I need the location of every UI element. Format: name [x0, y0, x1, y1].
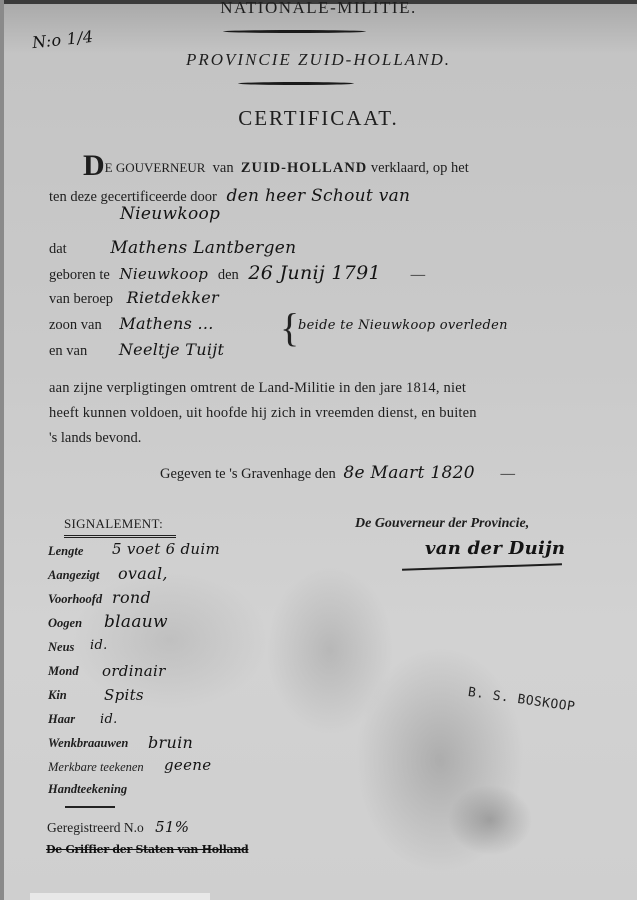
signalement-rule [64, 535, 176, 538]
sig-label-haar: Haar [48, 712, 75, 727]
sig-label-mond: Mond [48, 664, 79, 679]
boskoop-stamp: B. S. BOSKOOP [467, 685, 576, 715]
paragraph-line-2: heeft kunnen voldoen, uit hoofde hij zic… [49, 405, 477, 422]
certificate-title: CERTIFICAAT. [0, 106, 637, 131]
sig-label-aangezigt: Aangezigt [48, 568, 99, 583]
sig-value-oogen: blaauw [104, 612, 168, 632]
scan-left-edge [0, 0, 4, 900]
paragraph-line-3: 's lands bevond. [49, 430, 141, 447]
sig-value-voorhoofd: rond [112, 588, 151, 607]
signalement-heading: SIGNALEMENT: [64, 516, 163, 532]
field-father: zoon van Mathens ... [49, 314, 214, 334]
intro-line-2: ten deze gecertificeerde door den heer S… [49, 186, 410, 206]
sig-value-mond: ordinair [102, 662, 166, 680]
registration-rule [65, 806, 115, 808]
governor-title: De Gouverneur der Provincie, [355, 516, 529, 532]
handwritten-place: Nieuwkoop [120, 204, 220, 224]
signature-underline [402, 563, 562, 571]
governor-signature: van der Duijn [425, 538, 565, 559]
sig-label-neus: Neus [48, 640, 74, 655]
sig-label-wenkbraauwen: Wenkbraauwen [48, 736, 128, 751]
reference-mark: N:o 1/4 [31, 27, 94, 52]
sig-label-voorhoofd: Voorhoofd [48, 592, 102, 607]
sig-value-haar: id. [100, 712, 118, 727]
header-rule-1 [223, 30, 366, 33]
handwritten-issuer: den heer Schout van [226, 186, 410, 206]
field-birth: geboren te Nieuwkoop den 26 Junij 1791 — [49, 262, 425, 284]
sig-value-wenkbraauwen: bruin [148, 733, 193, 752]
brace: { [280, 308, 299, 348]
certificate-page: N:o 1/4 NATIONALE-MILITIE. PROVINCIE ZUI… [0, 0, 637, 900]
sig-label-oogen: Oogen [48, 616, 82, 631]
field-mother: en van Neeltje Tuijt [49, 340, 224, 360]
sig-value-neus: id. [90, 638, 108, 653]
header-nationale-militie: NATIONALE-MILITIE. [0, 0, 637, 18]
drop-cap: D [83, 149, 105, 182]
registration-line: Geregistreerd N.o 51% [47, 818, 189, 836]
header-province: PROVINCIE ZUID-HOLLAND. [0, 50, 637, 70]
parents-note: beide te Nieuwkoop overleden [298, 318, 508, 333]
given-line: Gegeven te 's Gravenhage den 8e Maart 18… [160, 463, 515, 483]
sig-value-kin: Spits [104, 686, 144, 704]
sig-label-handteekening: Handteekening [48, 782, 127, 797]
handwritten-date: 8e Maart 1820 [343, 463, 474, 483]
sig-value-lengte: 5 voet 6 duim [112, 540, 220, 558]
sig-label-lengte: Lengte [48, 544, 83, 559]
sig-label-kin: Kin [48, 688, 67, 703]
field-name: dat Mathens Lantbergen [49, 238, 296, 258]
paper-tear [30, 893, 210, 900]
sig-value-merkbare-teekenen: geene [164, 756, 211, 774]
griffier-line: De Griffier der Staten van Holland [46, 843, 248, 856]
paragraph-line-1: aan zijne verpligtingen omtrent de Land-… [49, 380, 466, 397]
intro-line-1: DE GOUVERNEUR van ZUID-HOLLAND verklaard… [83, 149, 469, 183]
field-profession: van beroep Rietdekker [49, 288, 219, 308]
header-rule-2 [238, 82, 354, 85]
sig-value-aangezigt: ovaal, [118, 564, 168, 583]
sig-label-merkbare-teekenen: Merkbare teekenen [48, 760, 144, 775]
